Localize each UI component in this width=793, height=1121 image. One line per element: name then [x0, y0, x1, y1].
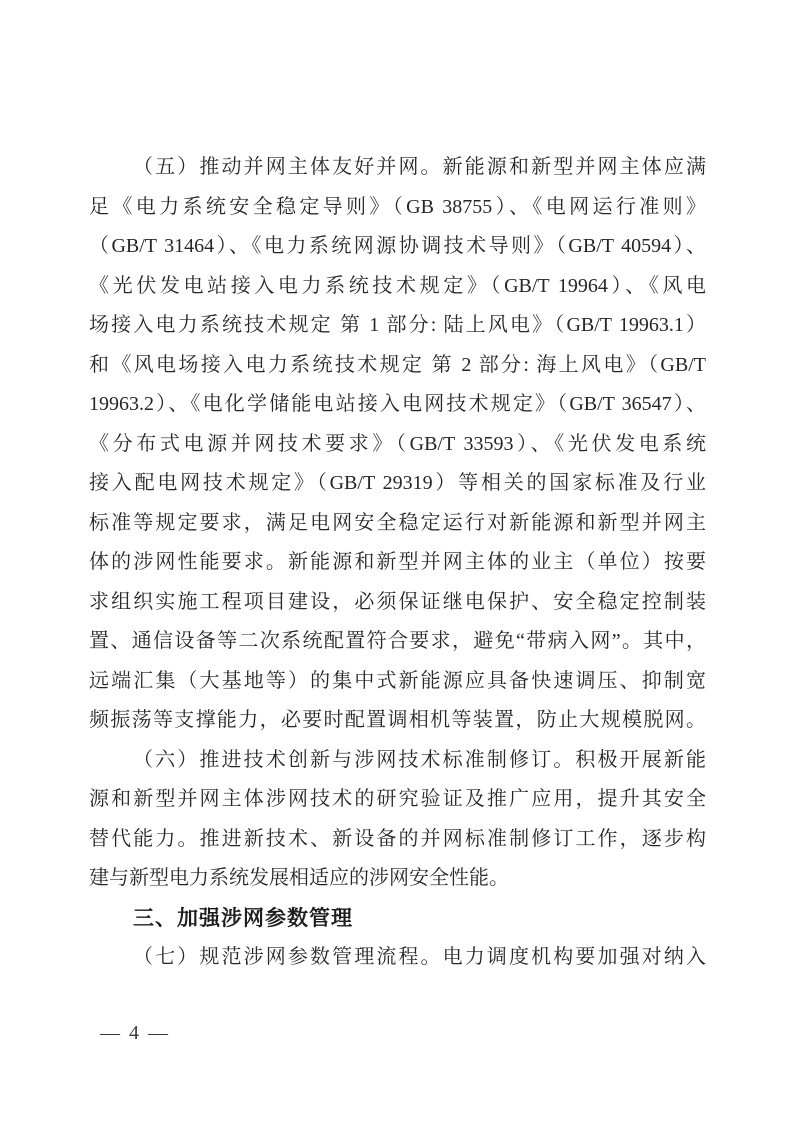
paragraph-5-line-7: 19963.2）、《电化学储能电站接入电网技术规定》（GB/T 36547）、: [89, 385, 706, 425]
paragraph-5-line-9: 接入配电网技术规定》（GB/T 29319）等相关的国家标准及行业: [89, 464, 706, 504]
paragraph-6-line-4: 建与新型电力系统发展相适应的涉网安全性能。: [89, 859, 706, 899]
paragraph-5-line-2: 足《电力系统安全稳定导则》（GB 38755）、《电网运行准则》: [89, 188, 706, 228]
paragraph-5-line-5: 场接入电力系统技术规定 第 1 部分: 陆上风电》（GB/T 19963.1）: [89, 306, 706, 346]
paragraph-5-line-4: 《光伏发电站接入电力系统技术规定》（GB/T 19964）、《风电: [89, 267, 706, 307]
paragraph-5-line-6: 和《风电场接入电力系统技术规定 第 2 部分: 海上风电》（GB/T: [89, 346, 706, 386]
paragraph-5-line-12: 求组织实施工程项目建设，必须保证继电保护、安全稳定控制装: [89, 583, 706, 623]
paragraph-5-line-3: （GB/T 31464）、《电力系统网源协调技术导则》（GB/T 40594）、: [89, 227, 706, 267]
paragraph-5-line-10: 标准等规定要求，满足电网安全稳定运行对新能源和新型并网主: [89, 504, 706, 544]
paragraph-5-line-13: 置、通信设备等二次系统配置符合要求，避免“带病入网”。其中，: [89, 622, 706, 662]
paragraph-6-line-2: 源和新型并网主体涉网技术的研究验证及推广应用，提升其安全: [89, 780, 706, 820]
paragraph-5-line-14: 远端汇集（大基地等）的集中式新能源应具备快速调压、抑制宽: [89, 662, 706, 702]
document-text-block: （五）推动并网主体友好并网。新能源和新型并网主体应满 足《电力系统安全稳定导则》…: [89, 148, 706, 978]
paragraph-7-line-1: （七）规范涉网参数管理流程。电力调度机构要加强对纳入: [89, 938, 706, 978]
paragraph-6-line-3: 替代能力。推进新技术、新设备的并网标准制修订工作，逐步构: [89, 820, 706, 860]
paragraph-5-line-8: 《分布式电源并网技术要求》（GB/T 33593）、《光伏发电系统: [89, 425, 706, 465]
section-3-heading: 三、加强涉网参数管理: [89, 899, 706, 939]
document-page: （五）推动并网主体友好并网。新能源和新型并网主体应满 足《电力系统安全稳定导则》…: [0, 0, 793, 1121]
paragraph-5-line-11: 体的涉网性能要求。新能源和新型并网主体的业主（单位）按要: [89, 543, 706, 583]
page-number: — 4 —: [100, 1018, 170, 1048]
paragraph-5-line-1: （五）推动并网主体友好并网。新能源和新型并网主体应满: [89, 148, 706, 188]
paragraph-6-line-1: （六）推进技术创新与涉网技术标准制修订。积极开展新能: [89, 741, 706, 781]
paragraph-5-line-15: 频振荡等支撑能力，必要时配置调相机等装置，防止大规模脱网。: [89, 701, 706, 741]
